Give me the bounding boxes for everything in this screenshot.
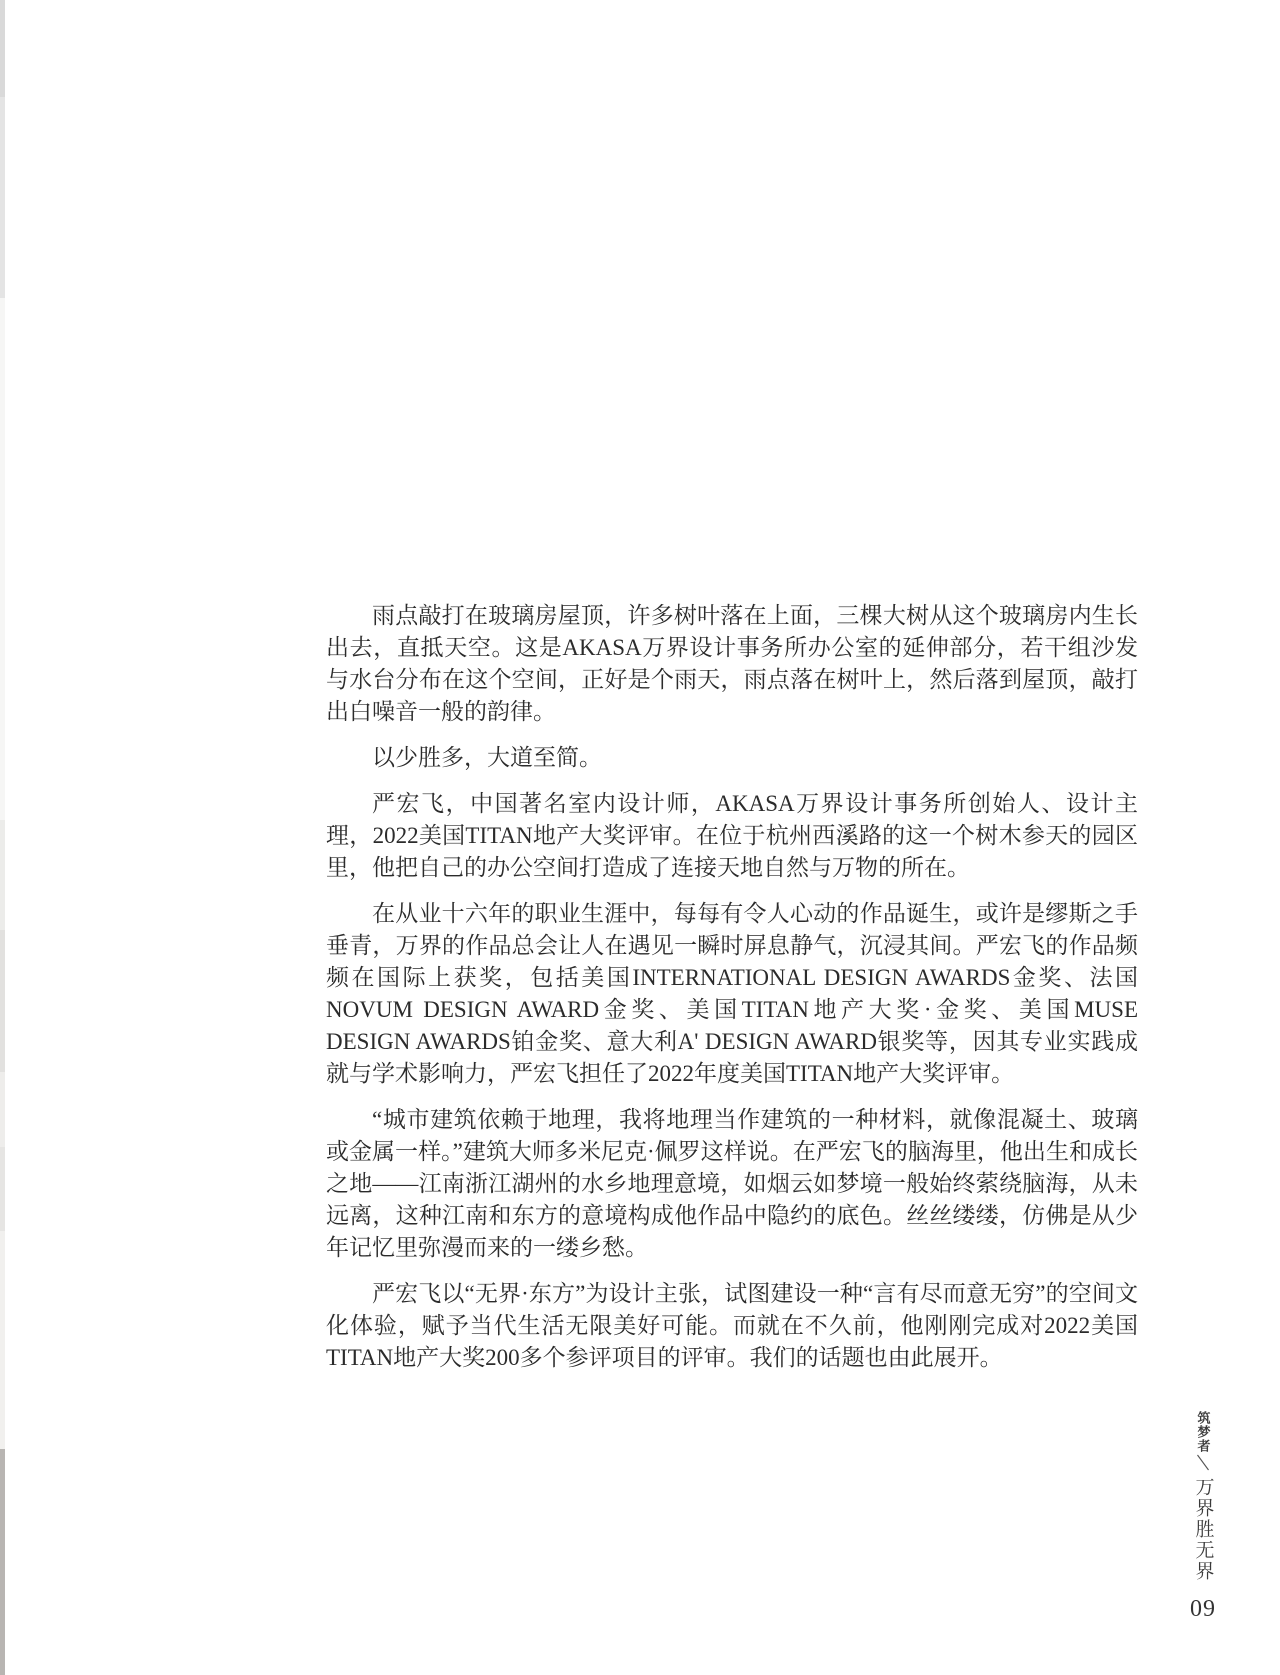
edge-strip-segment (0, 1449, 5, 1675)
article-paragraph: 在从业十六年的职业生涯中，每每有令人心动的作品诞生，或许是缪斯之手垂青，万界的作… (326, 898, 1138, 1090)
edge-strip-segment (0, 930, 5, 1072)
slash-separator-icon (1195, 1454, 1211, 1476)
article-body: 雨点敲打在玻璃房屋顶，许多树叶落在上面，三棵大树从这个玻璃房内生长出去，直抵天空… (326, 600, 1138, 1374)
magazine-page: 雨点敲打在玻璃房屋顶，许多树叶落在上面，三棵大树从这个玻璃房内生长出去，直抵天空… (0, 0, 1280, 1675)
edge-strip-segment (0, 298, 5, 820)
running-title-column: 筑梦者 万界胜无界 09 (1186, 1411, 1220, 1623)
article-paragraph: 严宏飞以“无界·东方”为设计主张，试图建设一种“言有尽而意无穷”的空间文化体验，… (326, 1278, 1138, 1374)
edge-strip-segment (0, 97, 5, 298)
footer-section-label: 筑梦者 (1194, 1411, 1213, 1453)
footer-article-title: 万界胜无界 (1190, 1477, 1217, 1582)
edge-strip-segment (0, 0, 5, 97)
article-paragraph: 雨点敲打在玻璃房屋顶，许多树叶落在上面，三棵大树从这个玻璃房内生长出去，直抵天空… (326, 600, 1138, 728)
article-paragraph: “城市建筑依赖于地理，我将地理当作建筑的一种材料，就像混凝土、玻璃或金属一样。”… (326, 1104, 1138, 1264)
article-paragraph: 以少胜多，大道至简。 (326, 742, 1138, 774)
article-paragraph: 严宏飞，中国著名室内设计师，AKASA万界设计事务所创始人、设计主理，2022美… (326, 788, 1138, 884)
edge-strip-segment (0, 820, 5, 930)
page-edge-strip (0, 0, 5, 1675)
edge-strip-segment (0, 1072, 5, 1147)
page-number: 09 (1190, 1596, 1216, 1623)
edge-strip-segment (0, 1147, 5, 1231)
edge-strip-segment (0, 1231, 5, 1449)
